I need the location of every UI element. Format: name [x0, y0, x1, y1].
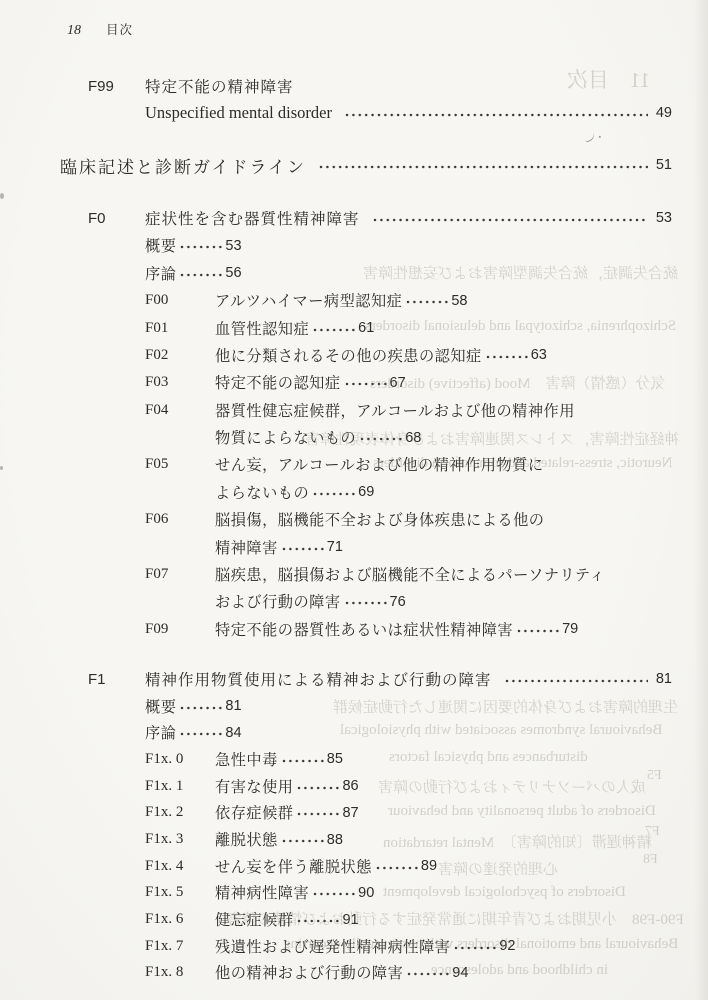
page-number: 87 [342, 805, 358, 821]
scan-speck [0, 466, 3, 470]
item-title: 急性中毒 [215, 749, 278, 770]
book-page: 18目次 F99 特定不能の精神障害 Unspecified mental di… [0, 0, 708, 1000]
toc-item-row: F03特定不能の認知症67 [0, 369, 708, 396]
item-code: F01 [145, 320, 215, 337]
toc-item-row: F1x. 1有害な使用86 [0, 773, 708, 800]
item-title: 物質によらないもの [215, 427, 356, 448]
page-number: 61 [358, 320, 374, 336]
chapter-title: 精神作用物質使用による精神および行動の障害 [145, 668, 492, 690]
item-title: 脳疾患，脳損傷および脳機能不全によるパーソナリティ [215, 564, 605, 585]
toc-item-row: よらないもの69 [0, 479, 708, 506]
item-title: 特定不能の器質性あるいは症状性精神障害 [215, 619, 513, 640]
page-number: 94 [452, 965, 468, 981]
page-number: 79 [562, 621, 578, 637]
toc-item-row: F1x. 4せん妄を伴う離脱状態89 [0, 853, 708, 880]
chapter-f0: F0症状性を含む器質性精神障害53概要53序論56F00アルツハイマー病型認知症… [0, 205, 708, 643]
chapter-f1: F1精神作用物質使用による精神および行動の障害81概要81序論84F1x. 0急… [0, 666, 708, 986]
item-code: F1x. 4 [145, 858, 215, 875]
chapter-title: 症状性を含む器質性精神障害 [145, 207, 360, 229]
item-title: よらないもの [215, 482, 309, 503]
item-title: 有害な使用 [215, 776, 293, 797]
item-title: 他に分類されるその他の疾患の認知症 [215, 345, 482, 366]
toc-item-row: F1x. 3離脱状態88 [0, 826, 708, 853]
toc-item-row: 序論84 [0, 719, 708, 746]
item-code: F07 [145, 566, 215, 583]
item-code: F05 [145, 456, 215, 473]
dot-leader [407, 972, 450, 976]
dot-leader [454, 946, 497, 950]
page-number: 86 [342, 778, 358, 794]
item-code: F06 [145, 511, 215, 528]
toc-item-row: および行動の障害76 [0, 588, 708, 615]
toc-item-row: F1x. 0急性中毒85 [0, 746, 708, 773]
page-number: 88 [327, 832, 343, 848]
dot-leader [282, 547, 325, 551]
entry-title-en: Unspecified mental disorder [145, 103, 332, 123]
item-label: 概要 [145, 235, 176, 256]
toc-item-row: F00アルツハイマー病型認知症58 [0, 287, 708, 314]
toc-item-row: F1x. 2依存症候群87 [0, 799, 708, 826]
item-title: 特定不能の認知症 [215, 372, 341, 393]
page-number: 51 [656, 157, 672, 173]
dot-leader [180, 273, 223, 277]
dot-leader [282, 839, 325, 843]
dot-leader [313, 328, 356, 332]
toc-item-row: F04器質性健忘症候群，アルコールおよび他の精神作用 [0, 397, 708, 424]
page-number: 58 [451, 293, 467, 309]
dot-leader [360, 437, 403, 441]
toc-item-row: 序論56 [0, 260, 708, 287]
item-code: F1x. 5 [145, 884, 215, 901]
item-title: アルツハイマー病型認知症 [215, 290, 402, 311]
toc-item-row: F07脳疾患，脳損傷および脳機能不全によるパーソナリティ [0, 561, 708, 588]
table-of-contents: F99 特定不能の精神障害 Unspecified mental disorde… [0, 0, 708, 986]
page-number: 63 [531, 347, 547, 363]
item-title: 残遺性および遅発性精神病性障害 [215, 936, 450, 957]
page-number: 92 [499, 938, 515, 954]
item-title: 器質性健忘症候群，アルコールおよび他の精神作用 [215, 400, 575, 421]
page-number: 91 [342, 912, 358, 928]
item-title: せん妄を伴う離脱状態 [215, 856, 372, 877]
page-number: 81 [225, 698, 241, 714]
dot-leader [345, 601, 388, 605]
chapter-code: F1 [88, 671, 145, 688]
toc-item-row: F01血管性認知症61 [0, 314, 708, 341]
toc-item-row: F09特定不能の器質性あるいは症状性精神障害79 [0, 616, 708, 643]
page-number: 68 [405, 430, 421, 446]
page-number: 56 [225, 265, 241, 281]
item-code: F1x. 7 [145, 938, 215, 955]
item-code: F03 [145, 374, 215, 391]
item-label: 序論 [145, 263, 176, 284]
dot-leader [313, 892, 356, 896]
item-title: 依存症候群 [215, 802, 293, 823]
chapter-list: F0症状性を含む器質性精神障害53概要53序論56F00アルツハイマー病型認知症… [0, 205, 708, 987]
item-title: せん妄，アルコールおよび他の精神作用物質に [215, 454, 544, 475]
page-number: 85 [327, 751, 343, 767]
toc-item-row: 概要81 [0, 693, 708, 720]
toc-item-row: F1x. 6健忘症候群91 [0, 906, 708, 933]
toc-item-row: 物質によらないもの68 [0, 424, 708, 451]
item-code: F09 [145, 621, 215, 638]
f99-english-row: Unspecified mental disorder 49 [0, 100, 708, 127]
item-title: 精神病性障害 [215, 882, 309, 903]
page-number: 53 [656, 210, 672, 226]
item-code: F02 [145, 347, 215, 364]
item-title: 脳損傷，脳機能不全および身体疾患による他の [215, 509, 544, 530]
page-number: 49 [656, 105, 672, 121]
dot-leader [180, 732, 223, 736]
dot-leader [373, 218, 648, 222]
toc-item-row: F1x. 7残遺性および遅発性精神病性障害92 [0, 933, 708, 960]
page-number: 71 [327, 539, 343, 555]
item-title: 精神障害 [215, 537, 278, 558]
dot-leader [180, 706, 223, 710]
scan-speck [0, 193, 4, 199]
page-number: 69 [358, 484, 374, 500]
page-number: 76 [390, 594, 406, 610]
dot-leader [297, 812, 340, 816]
dot-leader [345, 382, 388, 386]
dot-leader [376, 866, 419, 870]
item-label: 序論 [145, 722, 176, 743]
toc-item-row: F1x. 8他の精神および行動の障害94 [0, 960, 708, 987]
item-title: 血管性認知症 [215, 318, 309, 339]
dot-leader [345, 113, 648, 117]
section-heading-row: 臨床記述と診断ガイドライン 51 [0, 152, 708, 179]
page-number: 81 [656, 671, 672, 687]
section-title: 臨床記述と診断ガイドライン [60, 153, 306, 178]
f99-title-row: F99 特定不能の精神障害 [0, 73, 708, 100]
item-code: F1x. 1 [145, 778, 215, 795]
dot-leader [297, 919, 340, 923]
item-code: F1x. 6 [145, 911, 215, 928]
dot-leader [505, 679, 648, 683]
dot-leader [297, 786, 340, 790]
item-title: 健忘症候群 [215, 909, 293, 930]
dot-leader [180, 245, 223, 249]
dot-leader [313, 492, 356, 496]
item-code: F1x. 2 [145, 804, 215, 821]
dot-leader [406, 300, 449, 304]
page-number: 53 [225, 238, 241, 254]
toc-item-row: 精神障害71 [0, 533, 708, 560]
item-title: および行動の障害 [215, 591, 341, 612]
toc-item-row: F05せん妄，アルコールおよび他の精神作用物質に [0, 451, 708, 478]
item-code: F00 [145, 292, 215, 309]
item-code: F1x. 0 [145, 751, 215, 768]
item-title: 他の精神および行動の障害 [215, 962, 403, 983]
dot-leader [319, 165, 648, 169]
dot-leader [486, 355, 529, 359]
chapter-code: F0 [88, 210, 145, 227]
toc-item-row: F06脳損傷，脳機能不全および身体疾患による他の [0, 506, 708, 533]
toc-item-row: F1x. 5精神病性障害90 [0, 880, 708, 907]
entry-title-ja: 特定不能の精神障害 [145, 75, 294, 97]
item-title: 離脱状態 [215, 829, 278, 850]
item-code: F1x. 8 [145, 964, 215, 981]
toc-entry-f99: F99 特定不能の精神障害 Unspecified mental disorde… [0, 73, 708, 127]
page-number: 89 [421, 858, 437, 874]
item-label: 概要 [145, 696, 176, 717]
page-number: 84 [225, 725, 241, 741]
chapter-title-row: F0症状性を含む器質性精神障害53 [0, 205, 708, 232]
dot-leader [517, 629, 560, 633]
page-number: 67 [390, 375, 406, 391]
item-code: F04 [145, 402, 215, 419]
toc-item-row: F02他に分類されるその他の疾患の認知症63 [0, 342, 708, 369]
dot-leader [282, 759, 325, 763]
chapter-title-row: F1精神作用物質使用による精神および行動の障害81 [0, 666, 708, 693]
item-code: F1x. 3 [145, 831, 215, 848]
entry-code: F99 [88, 78, 145, 95]
toc-item-row: 概要53 [0, 232, 708, 259]
page-number: 90 [358, 885, 374, 901]
